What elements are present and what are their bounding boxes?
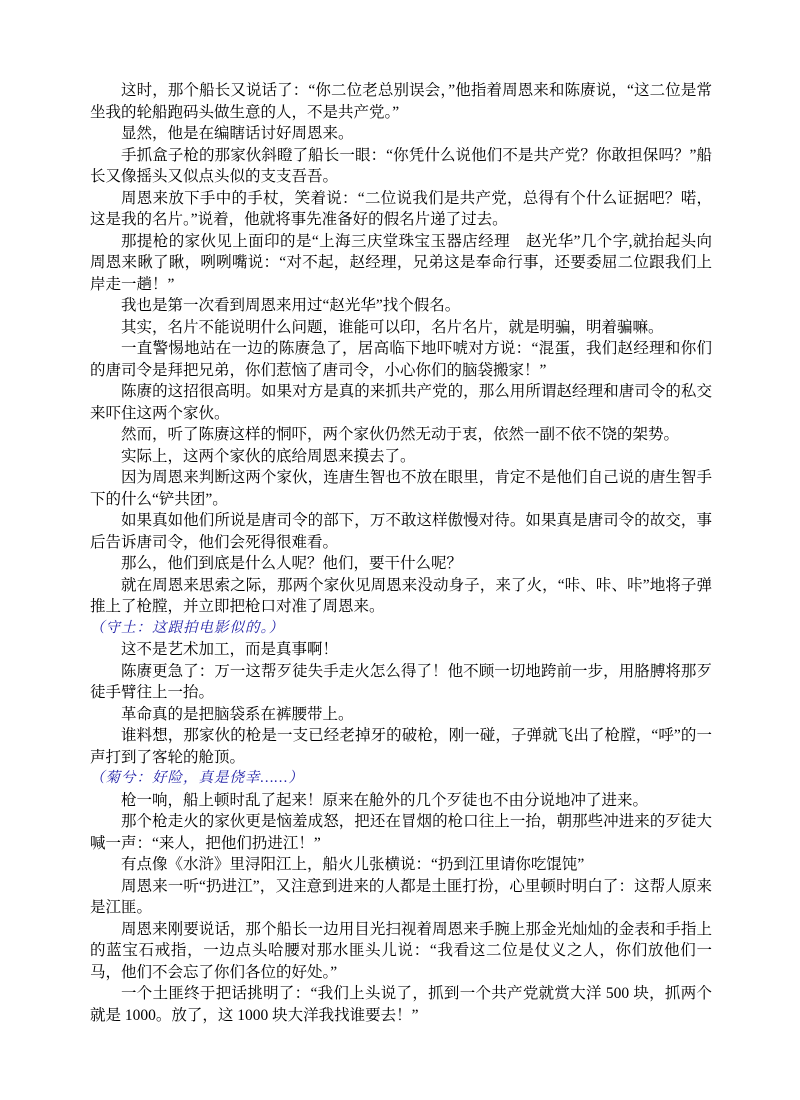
paragraph: 那个枪走火的家伙更是恼羞成怒，把还在冒烟的枪口往上一抬，朝那些冲进来的歹徒大喊一…: [90, 811, 712, 854]
document-page: 这时，那个船长又说话了：“你二位老总别误会，”他指着周恩来和陈赓说，“这二位是常…: [0, 0, 800, 1100]
paragraph: 显然，他是在编瞎话讨好周恩来。: [90, 123, 712, 145]
paragraph: 周恩来一听“扔进江”，又注意到进来的人都是土匪打扮，心里顿时明白了：这帮人原来是…: [90, 876, 712, 919]
paragraph: 革命真的是把脑袋系在裤腰带上。: [90, 704, 712, 726]
paragraph: 就在周恩来思索之际，那两个家伙见周恩来没动身子，来了火，“咔、咔、咔”地将子弹推…: [90, 575, 712, 618]
paragraph: 然而，听了陈赓这样的恫吓，两个家伙仍然无动于衷，依然一副不依不饶的架势。: [90, 424, 712, 446]
paragraph: 陈赓更急了：万一这帮歹徒失手走火怎么得了！他不顾一切地跨前一步，用胳膊将那歹徒手…: [90, 661, 712, 704]
reader-comment: （菊兮：好险，真是侥幸……）: [90, 768, 712, 790]
paragraph: 我也是第一次看到周恩来用过“赵光华”找个假名。: [90, 295, 712, 317]
paragraph: 其实，名片不能说明什么问题，谁能可以印，名片名片，就是明骗，明着骗嘛。: [90, 317, 712, 339]
paragraph: 那么，他们到底是什么人呢？他们，要干什么呢？: [90, 553, 712, 575]
paragraph: 这时，那个船长又说话了：“你二位老总别误会，”他指着周恩来和陈赓说，“这二位是常…: [90, 80, 712, 123]
paragraph: 手抓盒子枪的那家伙斜瞪了船长一眼：“你凭什么说他们不是共产党？你敢担保吗？”船长…: [90, 145, 712, 188]
paragraph: 周恩来刚要说话，那个船长一边用目光扫视着周恩来手腕上那金光灿灿的金表和手指上的蓝…: [90, 919, 712, 984]
paragraph: 一个土匪终于把话挑明了：“我们上头说了，抓到一个共产党就赏大洋 500 块，抓两…: [90, 983, 712, 1026]
paragraph: 枪一响，船上顿时乱了起来！原来在舱外的几个歹徒也不由分说地冲了进来。: [90, 790, 712, 812]
paragraph: 周恩来放下手中的手杖，笑着说：“二位说我们是共产党，总得有个什么证据吧？喏，这是…: [90, 188, 712, 231]
paragraph: 陈赓的这招很高明。如果对方是真的来抓共产党的，那么用所谓赵经理和唐司令的私交来吓…: [90, 381, 712, 424]
paragraph: 一直警惕地站在一边的陈赓急了，居高临下地吓唬对方说：“混蛋，我们赵经理和你们的唐…: [90, 338, 712, 381]
paragraph: 有点像《水浒》里浔阳江上，船火儿张横说：“扔到江里请你吃馄饨”: [90, 854, 712, 876]
paragraph: 这不是艺术加工，而是真事啊！: [90, 639, 712, 661]
paragraph: 实际上，这两个家伙的底给周恩来摸去了。: [90, 446, 712, 468]
paragraph: 如果真如他们所说是唐司令的部下，万不敢这样傲慢对待。如果真是唐司令的故交，事后告…: [90, 510, 712, 553]
paragraph: 谁料想，那家伙的枪是一支已经老掉牙的破枪，刚一碰，子弹就飞出了枪膛，“呼”的一声…: [90, 725, 712, 768]
document-text-block: 这时，那个船长又说话了：“你二位老总别误会，”他指着周恩来和陈赓说，“这二位是常…: [90, 80, 712, 1026]
paragraph: 因为周恩来判断这两个家伙，连唐生智也不放在眼里，肯定不是他们自己说的唐生智手下的…: [90, 467, 712, 510]
reader-comment: （守土：这跟拍电影似的。）: [90, 618, 712, 640]
paragraph: 那提枪的家伙见上面印的是“上海三庆堂珠宝玉器店经理 赵光华”几个字,就抬起头向周…: [90, 231, 712, 296]
